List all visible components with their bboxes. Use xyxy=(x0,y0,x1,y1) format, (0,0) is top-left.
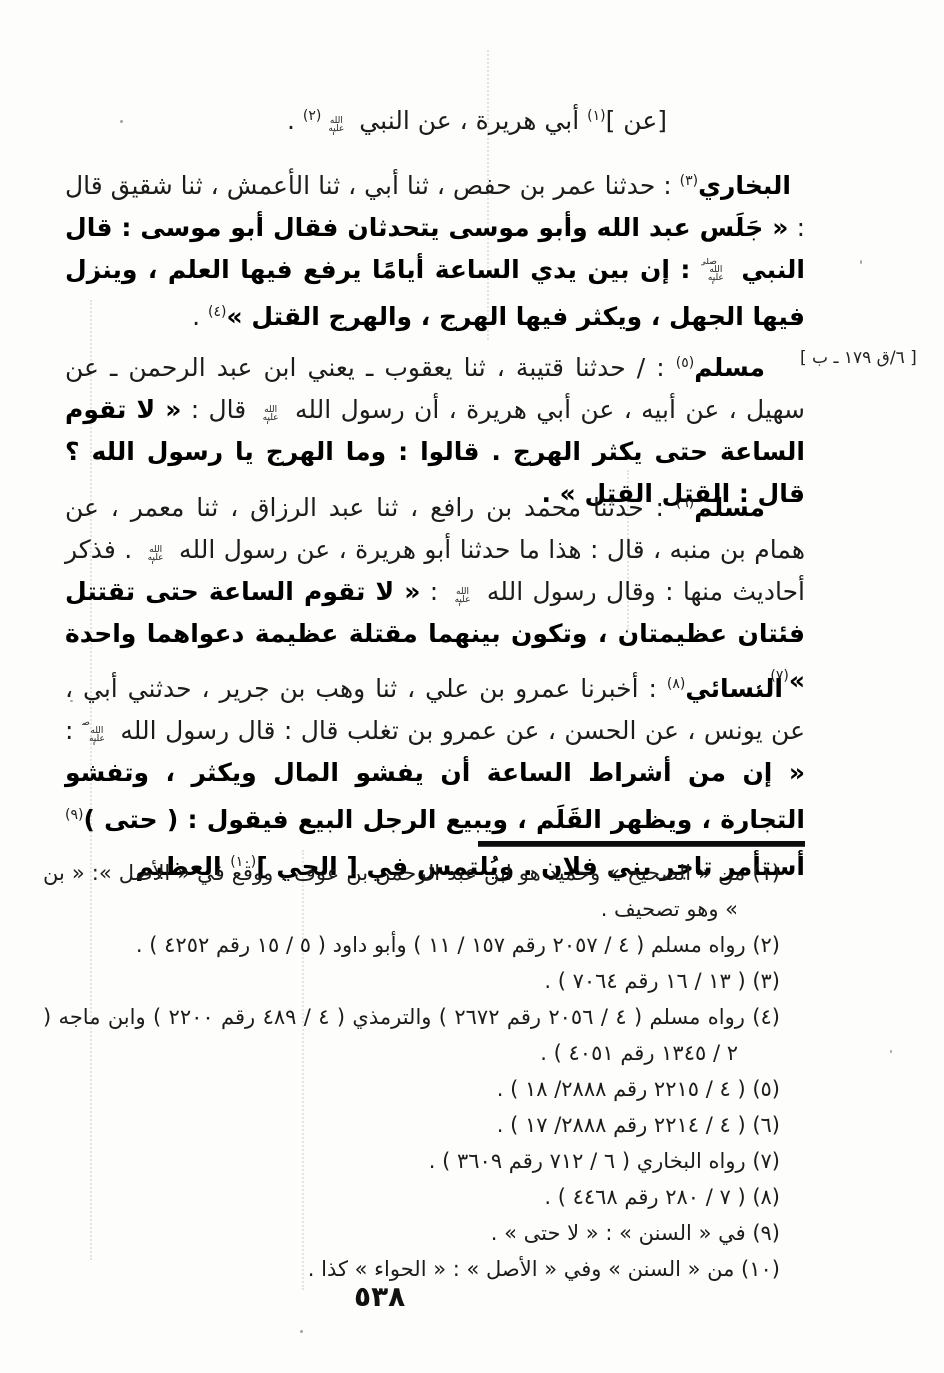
footnote-item: (٩) في « السنن » : « لا حتى » . xyxy=(43,1215,780,1251)
footnote-item: (٨) ( ٧ / ٢٨٠ رقم ٤٤٦٨ ) . xyxy=(43,1179,780,1215)
footnote-item: (٤) رواه مسلم ( ٤ / ٢٠٥٦ رقم ٢٦٧٢ ) والت… xyxy=(43,999,780,1071)
text-run: (٢) xyxy=(303,108,321,124)
footnote-text: ( ٤ / ٢٢١٤ رقم ٢٨٨٨/ ١٧ ) . xyxy=(497,1113,746,1137)
source-name-muslim: مسلم xyxy=(694,353,765,382)
scan-speck xyxy=(300,1330,303,1333)
text-run: : xyxy=(65,716,82,745)
scan-speck xyxy=(860,260,862,264)
text-run: [عن ] xyxy=(606,106,667,135)
pbuh-mark: صلى الله عليه وسلم xyxy=(321,109,351,135)
paragraph-opening-isnad: [عن ](١) أبي هريرة ، عن النبي صلى الله ع… xyxy=(65,95,805,142)
footnote-text: من « السنن » وفي « الأصل » : « الحواء » … xyxy=(308,1257,735,1281)
footnotes-section: (١) من « الصحيح » وحميد هو ابن عبد الرحم… xyxy=(43,855,780,1287)
scan-streak xyxy=(90,300,92,1260)
text-run: (٩) xyxy=(65,807,83,823)
pbuh-mark: صلى الله عليه وسلم xyxy=(448,580,478,606)
folio-margin-note: [ ٦/ق ١٧٩ ـ ب ] xyxy=(800,348,938,368)
text-run: (٥) xyxy=(676,355,694,371)
footnote-text: ( ١٣ / ١٦ رقم ٧٠٦٤ ) . xyxy=(544,969,745,993)
footnote-text: رواه مسلم ( ٤ / ٢٠٥٧ رقم ١٥٧ / ١١ ) وأبو… xyxy=(136,933,746,957)
scan-streak xyxy=(487,50,489,340)
footnote-marker: (٥) xyxy=(746,1077,780,1101)
source-name-muslim: مسلم xyxy=(694,493,765,522)
scan-speck xyxy=(890,1050,892,1053)
footnote-text: في « السنن » : « لا حتى » . xyxy=(491,1221,746,1245)
text-run: قال : xyxy=(181,395,255,424)
text-run: « إن من أشراط الساعة أن يفشو المال ويكثر… xyxy=(65,758,805,834)
footnote-text: رواه البخاري ( ٦ / ٧١٢ رقم ٣٦٠٩ ) . xyxy=(429,1149,746,1173)
scan-speck xyxy=(120,120,123,123)
footnote-marker: (٧) xyxy=(746,1149,780,1173)
footnote-item: (٣) ( ١٣ / ١٦ رقم ٧٠٦٤ ) . xyxy=(43,963,780,999)
footnote-text: رواه مسلم ( ٤ / ٢٠٥٦ رقم ٢٦٧٢ ) والترمذي… xyxy=(43,1005,745,1065)
scanned-book-page: [عن ](١) أبي هريرة ، عن النبي صلى الله ع… xyxy=(0,0,944,1373)
footnote-separator-rule xyxy=(478,841,805,847)
text-run: (١) xyxy=(587,108,605,124)
footnote-marker: (٦) xyxy=(746,1113,780,1137)
text-run: . xyxy=(287,106,303,135)
footnote-marker: (٣) xyxy=(746,969,780,993)
footnote-text: ( ٧ / ٢٨٠ رقم ٤٤٦٨ ) . xyxy=(544,1185,745,1209)
footnote-item: (٢) رواه مسلم ( ٤ / ٢٠٥٧ رقم ١٥٧ / ١١ ) … xyxy=(43,927,780,963)
text-run: : xyxy=(420,577,447,606)
scan-speck xyxy=(70,700,73,702)
text-run: . xyxy=(192,302,208,331)
scan-streak xyxy=(627,470,629,630)
source-name-bukhari: البخاري xyxy=(698,171,791,200)
footnote-text: ( ٤ / ٢٢١٥ رقم ٢٨٨٨/ ١٨ ) . xyxy=(497,1077,746,1101)
text-run: (٣) xyxy=(680,173,698,189)
text-run: أبي هريرة ، عن النبي xyxy=(351,106,587,135)
footnote-marker: (٨) xyxy=(746,1185,780,1209)
footnote-text: من « الصحيح » وحميد هو ابن عبد الرحمن بن… xyxy=(43,861,745,921)
text-run: : إن بين يدي الساعة أيامًا يرفع فيها الع… xyxy=(65,255,805,331)
source-name-nasai: النسائي xyxy=(685,674,783,703)
pbuh-mark: صلى الله عليه وسلم xyxy=(256,398,286,424)
footnote-item: (١) من « الصحيح » وحميد هو ابن عبد الرحم… xyxy=(43,855,780,927)
footnote-item: (١٠) من « السنن » وفي « الأصل » : « الحو… xyxy=(43,1251,780,1287)
paragraph-bukhari-narration: البخاري(٣) : حدثنا عمر بن حفص ، ثنا أبي … xyxy=(65,160,805,338)
text-run: (٨) xyxy=(667,676,685,692)
footnote-item: (٧) رواه البخاري ( ٦ / ٧١٢ رقم ٣٦٠٩ ) . xyxy=(43,1143,780,1179)
pbuh-mark: صلى الله عليه وسلم xyxy=(701,258,731,284)
page-number: ٥٣٨ xyxy=(354,1280,405,1313)
footnote-item: (٦) ( ٤ / ٢٢١٤ رقم ٢٨٨٨/ ١٧ ) . xyxy=(43,1107,780,1143)
footnote-marker: (١٠) xyxy=(734,1257,780,1281)
pbuh-mark: صلى الله عليه وسلم xyxy=(141,538,171,564)
text-run: (٤) xyxy=(208,304,226,320)
footnote-marker: (٢) xyxy=(746,933,780,957)
footnote-marker: (٤) xyxy=(745,1005,780,1029)
text-run: (٦) xyxy=(676,495,694,511)
scan-streak xyxy=(302,850,304,1290)
footnote-marker: (١) xyxy=(745,861,780,885)
footnote-marker: (٩) xyxy=(746,1221,780,1245)
pbuh-mark: صلى الله عليه وسلم xyxy=(82,719,112,745)
footnote-item: (٥) ( ٤ / ٢٢١٥ رقم ٢٨٨٨/ ١٨ ) . xyxy=(43,1071,780,1107)
